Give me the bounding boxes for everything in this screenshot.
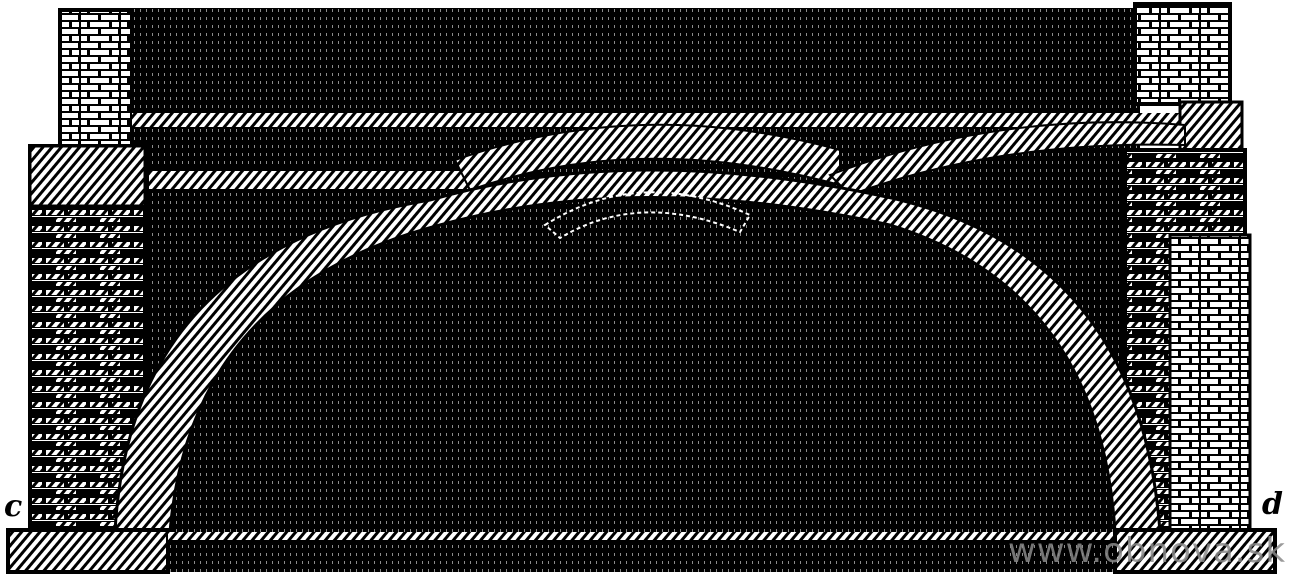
point-label-c: c bbox=[4, 492, 22, 522]
point-label-d: d bbox=[1262, 490, 1283, 520]
watermark: www.obnova.sk bbox=[1008, 534, 1286, 568]
arch-engraving bbox=[0, 0, 1291, 578]
left-footing bbox=[8, 530, 168, 572]
arch-illustration: c d www.obnova.sk bbox=[0, 0, 1291, 578]
